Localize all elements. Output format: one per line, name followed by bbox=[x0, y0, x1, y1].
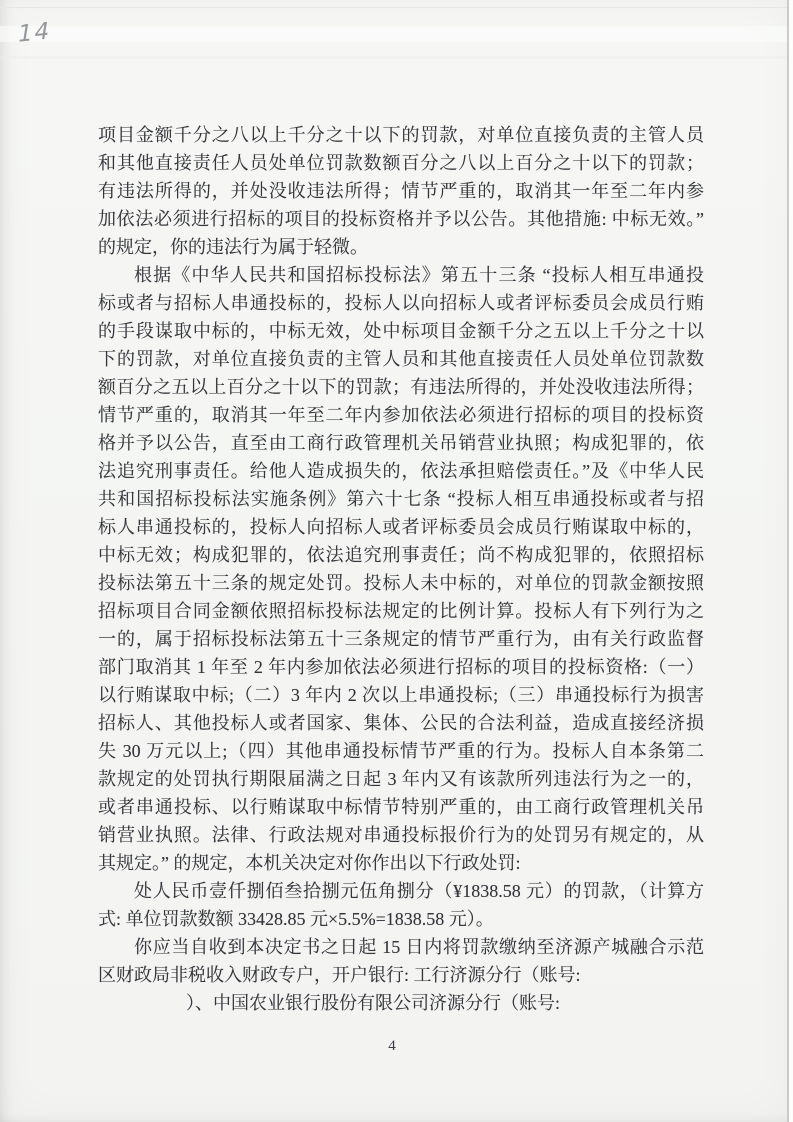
scan-artifact-band bbox=[0, 26, 793, 42]
text-line: 投标法第五十三条的规定处罚。投标人未中标的，对单位的罚款金额按照 bbox=[98, 569, 704, 597]
text-line: 一的，属于招标投标法第五十三条规定的情节严重行为，由有关行政监督 bbox=[98, 625, 704, 653]
text-line: 加依法必须进行招标的项目的投标资格并予以公告。其他措施: 中标无效。” bbox=[98, 205, 704, 233]
text-line: 中标无效；构成犯罪的，依法追究刑事责任；尚不构成犯罪的，依照招标 bbox=[98, 541, 704, 569]
text-line: 额百分之五以上百分之十以下的罚款；有违法所得的，并处没收违法所得； bbox=[98, 373, 704, 401]
scan-edge-top bbox=[0, 7, 793, 8]
scan-edge-right bbox=[789, 0, 793, 1122]
scan-artifact-band bbox=[0, 56, 793, 59]
text-line: 共和国招标投标法实施条例》第六十七条 “投标人相互串通投标或者与招 bbox=[98, 485, 704, 513]
text-line: 格并予以公告，直至由工商行政管理机关吊销营业执照；构成犯罪的，依 bbox=[98, 429, 704, 457]
text-line: 失 30 万元以上;（四）其他串通投标情节严重的行为。投标人自本条第二 bbox=[98, 737, 704, 765]
text-line: 招标项目合同金额依照招标投标法规定的比例计算。投标人有下列行为之 bbox=[98, 597, 704, 625]
document-body: 项目金额千分之八以上千分之十以下的罚款，对单位直接负责的主管人员 和其他直接责任… bbox=[98, 121, 704, 1017]
scan-edge-right-line bbox=[787, 0, 789, 1122]
text-line: 你应当自收到本决定书之日起 15 日内将罚款缴纳至济源产城融合示范 bbox=[98, 933, 704, 961]
text-line: 款规定的处罚执行期限届满之日起 3 年内又有该款所列违法行为之一的， bbox=[98, 765, 704, 793]
text-line: 部门取消其 1 年至 2 年内参加依法必须进行招标的项目的投标资格:（一） bbox=[98, 653, 704, 681]
text-line: 或者串通投标、以行贿谋取中标情节特别严重的，由工商行政管理机关吊 bbox=[98, 793, 704, 821]
text-line: 其规定。” 的规定，本机关决定对你作出以下行政处罚: bbox=[98, 849, 704, 877]
page-number: 4 bbox=[0, 1038, 784, 1055]
text-line: 的手段谋取中标的，中标无效，处中标项目金额千分之五以上千分之十以 bbox=[98, 317, 704, 345]
text-line: 根据《中华人民共和国招标投标法》第五十三条 “投标人相互串通投 bbox=[98, 261, 704, 289]
handwritten-page-mark: 14 bbox=[18, 18, 52, 48]
text-line: 有违法所得的，并处没收违法所得；情节严重的，取消其一年至二年内参 bbox=[98, 177, 704, 205]
text-line: 下的罚款，对单位直接负责的主管人员和其他直接责任人员处单位罚款数 bbox=[98, 345, 704, 373]
text-line: 标或者与招标人串通投标的，投标人以向招标人或者评标委员会成员行贿 bbox=[98, 289, 704, 317]
text-line: 区财政局非税收入财政专户，开户银行: 工行济源分行（账号: bbox=[98, 961, 704, 989]
text-line: 以行贿谋取中标;（二）3 年内 2 次以上串通投标;（三）串通投标行为损害 bbox=[98, 681, 704, 709]
text-line: 法追究刑事责任。给他人造成损失的，依法承担赔偿责任。”及《中华人民 bbox=[98, 457, 704, 485]
text-line: 标人串通投标的，投标人向招标人或者评标委员会成员行贿谋取中标的， bbox=[98, 513, 704, 541]
text-line: 的规定，你的违法行为属于轻微。 bbox=[98, 233, 704, 261]
text-line: 情节严重的，取消其一年至二年内参加依法必须进行招标的项目的投标资 bbox=[98, 401, 704, 429]
text-line: 和其他直接责任人员处单位罚款数额百分之八以上百分之十以下的罚款； bbox=[98, 149, 704, 177]
text-line: 招标人、其他投标人或者国家、集体、公民的合法利益，造成直接经济损 bbox=[98, 709, 704, 737]
text-line: 项目金额千分之八以上千分之十以下的罚款，对单位直接负责的主管人员 bbox=[98, 121, 704, 149]
text-line: 销营业执照。法律、行政法规对串通投标报价行为的处罚另有规定的，从 bbox=[98, 821, 704, 849]
text-line: 处人民币壹仟捌佰叁拾捌元伍角捌分（¥1838.58 元）的罚款，（计算方 bbox=[98, 877, 704, 905]
scanned-document-page: 14 项目金额千分之八以上千分之十以下的罚款，对单位直接负责的主管人员 和其他直… bbox=[0, 0, 793, 1122]
text-line: ）、中国农业银行股份有限公司济源分行（账号: bbox=[98, 989, 704, 1017]
text-line: 式: 单位罚款数额 33428.85 元×5.5%=1838.58 元）。 bbox=[98, 905, 704, 933]
